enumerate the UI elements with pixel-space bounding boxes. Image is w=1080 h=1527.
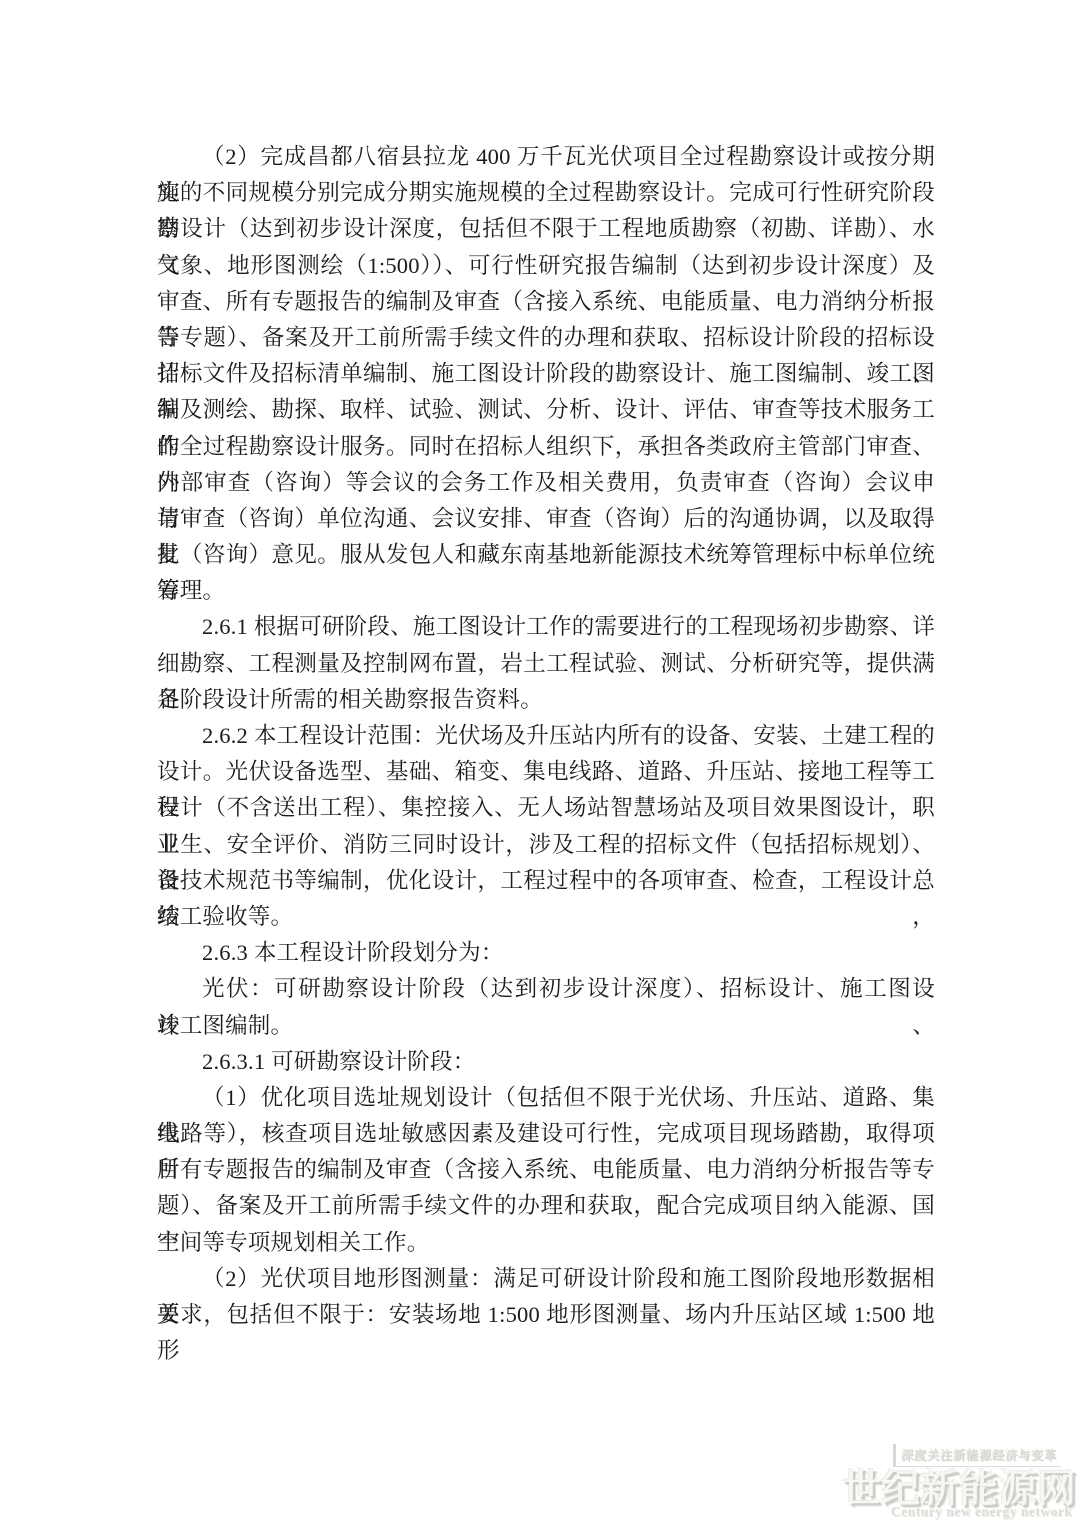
document-page: （2）完成昌都八宿县拉龙 400 万千瓦光伏项目全过程勘察设计或按分期实施的不同… bbox=[0, 0, 1080, 1527]
text-line-9: 的全过程勘察设计服务。同时在招标人组织下，承担各类政府主管部门审查、内 bbox=[157, 429, 935, 465]
text-line-16: 各阶段设计所需的相关勘察报告资料。 bbox=[157, 682, 935, 718]
text-line-29: 所有专题报告的编制及审查（含接入系统、电能质量、电力消纳分析报告等专 bbox=[157, 1152, 935, 1188]
text-line-30: 题）、备案及开工前所需手续文件的办理和获取，配合完成项目纳入能源、国土 bbox=[157, 1188, 935, 1224]
text-line-11: 与审查（咨询）单位沟通、会议安排、审查（咨询）后的沟通协调，以及取得批 bbox=[157, 501, 935, 537]
text-line-8: 制及测绘、勘探、取样、试验、测试、分析、设计、评估、审查等技术服务工作 bbox=[157, 392, 935, 428]
text-line-7: 招标文件及招标清单编制、施工图设计阶段的勘察设计、施工图编制、竣工图编 bbox=[157, 356, 935, 392]
text-line-1: （2）完成昌都八宿县拉龙 400 万千瓦光伏项目全过程勘察设计或按分期实 bbox=[157, 139, 935, 175]
text-line-27: （1）优化项目选址规划设计（包括但不限于光伏场、升压站、道路、集电 bbox=[157, 1080, 935, 1116]
text-line-14: 2.6.1 根据可研阶段、施工图设计工作的需要进行的工程现场初步勘察、详 bbox=[157, 609, 935, 645]
watermark-site-name: 世纪新能源网 bbox=[842, 1458, 1076, 1514]
text-line-13: 管理。 bbox=[157, 573, 935, 609]
text-line-4: 气象、地形图测绘（1:500））、可行性研究报告编制（达到初步设计深度）及 bbox=[157, 248, 935, 284]
text-line-31: 空间等专项规划相关工作。 bbox=[157, 1225, 935, 1261]
text-line-20: 卫生、安全评价、消防三同时设计，涉及工程的招标文件（包括招标规划）、设 bbox=[157, 827, 935, 863]
text-line-21: 备技术规范书等编制，优化设计，工程过程中的各项审查、检查，工程设计总结， bbox=[157, 863, 935, 899]
text-line-33: 要求，包括但不限于：安装场地 1:500 地形图测量、场内升压站区域 1:500… bbox=[157, 1297, 935, 1333]
document-body: （2）完成昌都八宿县拉龙 400 万千瓦光伏项目全过程勘察设计或按分期实施的不同… bbox=[157, 139, 935, 1333]
text-line-24: 光伏：可研勘察设计阶段（达到初步设计深度）、招标设计、施工图设计、 bbox=[157, 971, 935, 1007]
text-line-23: 2.6.3 本工程设计阶段划分为： bbox=[157, 935, 935, 971]
text-line-3: 察设计（达到初步设计深度，包括但不限于工程地质勘察（初勘、详勘）、水文 bbox=[157, 211, 935, 247]
text-line-18: 设计。光伏设备选型、基础、箱变、集电线路、道路、升压站、接地工程等工程 bbox=[157, 754, 935, 790]
text-line-26: 2.6.3.1 可研勘察设计阶段： bbox=[157, 1044, 935, 1080]
text-line-2: 施的不同规模分别完成分期实施规模的全过程勘察设计。完成可行性研究阶段勘 bbox=[157, 175, 935, 211]
text-line-32: （2）光伏项目地形图测量：满足可研设计阶段和施工图阶段地形数据相关 bbox=[157, 1261, 935, 1297]
text-line-15: 细勘察、工程测量及控制网布置，岩土工程试验、测试、分析研究等，提供满足 bbox=[157, 646, 935, 682]
text-line-6: 等专题）、备案及开工前所需手续文件的办理和获取、招标设计阶段的招标设计、 bbox=[157, 320, 935, 356]
watermark-tagline: 深度关注新能源经济与变革 bbox=[893, 1444, 1061, 1467]
text-line-5: 审查、所有专题报告的编制及审查（含接入系统、电能质量、电力消纳分析报告 bbox=[157, 284, 935, 320]
text-line-17: 2.6.2 本工程设计范围：光伏场及升压站内所有的设备、安装、土建工程的 bbox=[157, 718, 935, 754]
watermark-site-name-en: Century new energy network bbox=[891, 1504, 1072, 1520]
text-line-12: 复（咨询）意见。服从发包人和藏东南基地新能源技术统筹管理标中标单位统筹 bbox=[157, 537, 935, 573]
text-line-19: 设计（不含送出工程）、集控接入、无人场站智慧场站及项目效果图设计，职业 bbox=[157, 790, 935, 826]
text-line-10: 外部审查（咨询）等会议的会务工作及相关费用，负责审查（咨询）会议申请、 bbox=[157, 465, 935, 501]
text-line-28: 线路等），核查项目选址敏感因素及建设可行性，完成项目现场踏勘，取得项目 bbox=[157, 1116, 935, 1152]
